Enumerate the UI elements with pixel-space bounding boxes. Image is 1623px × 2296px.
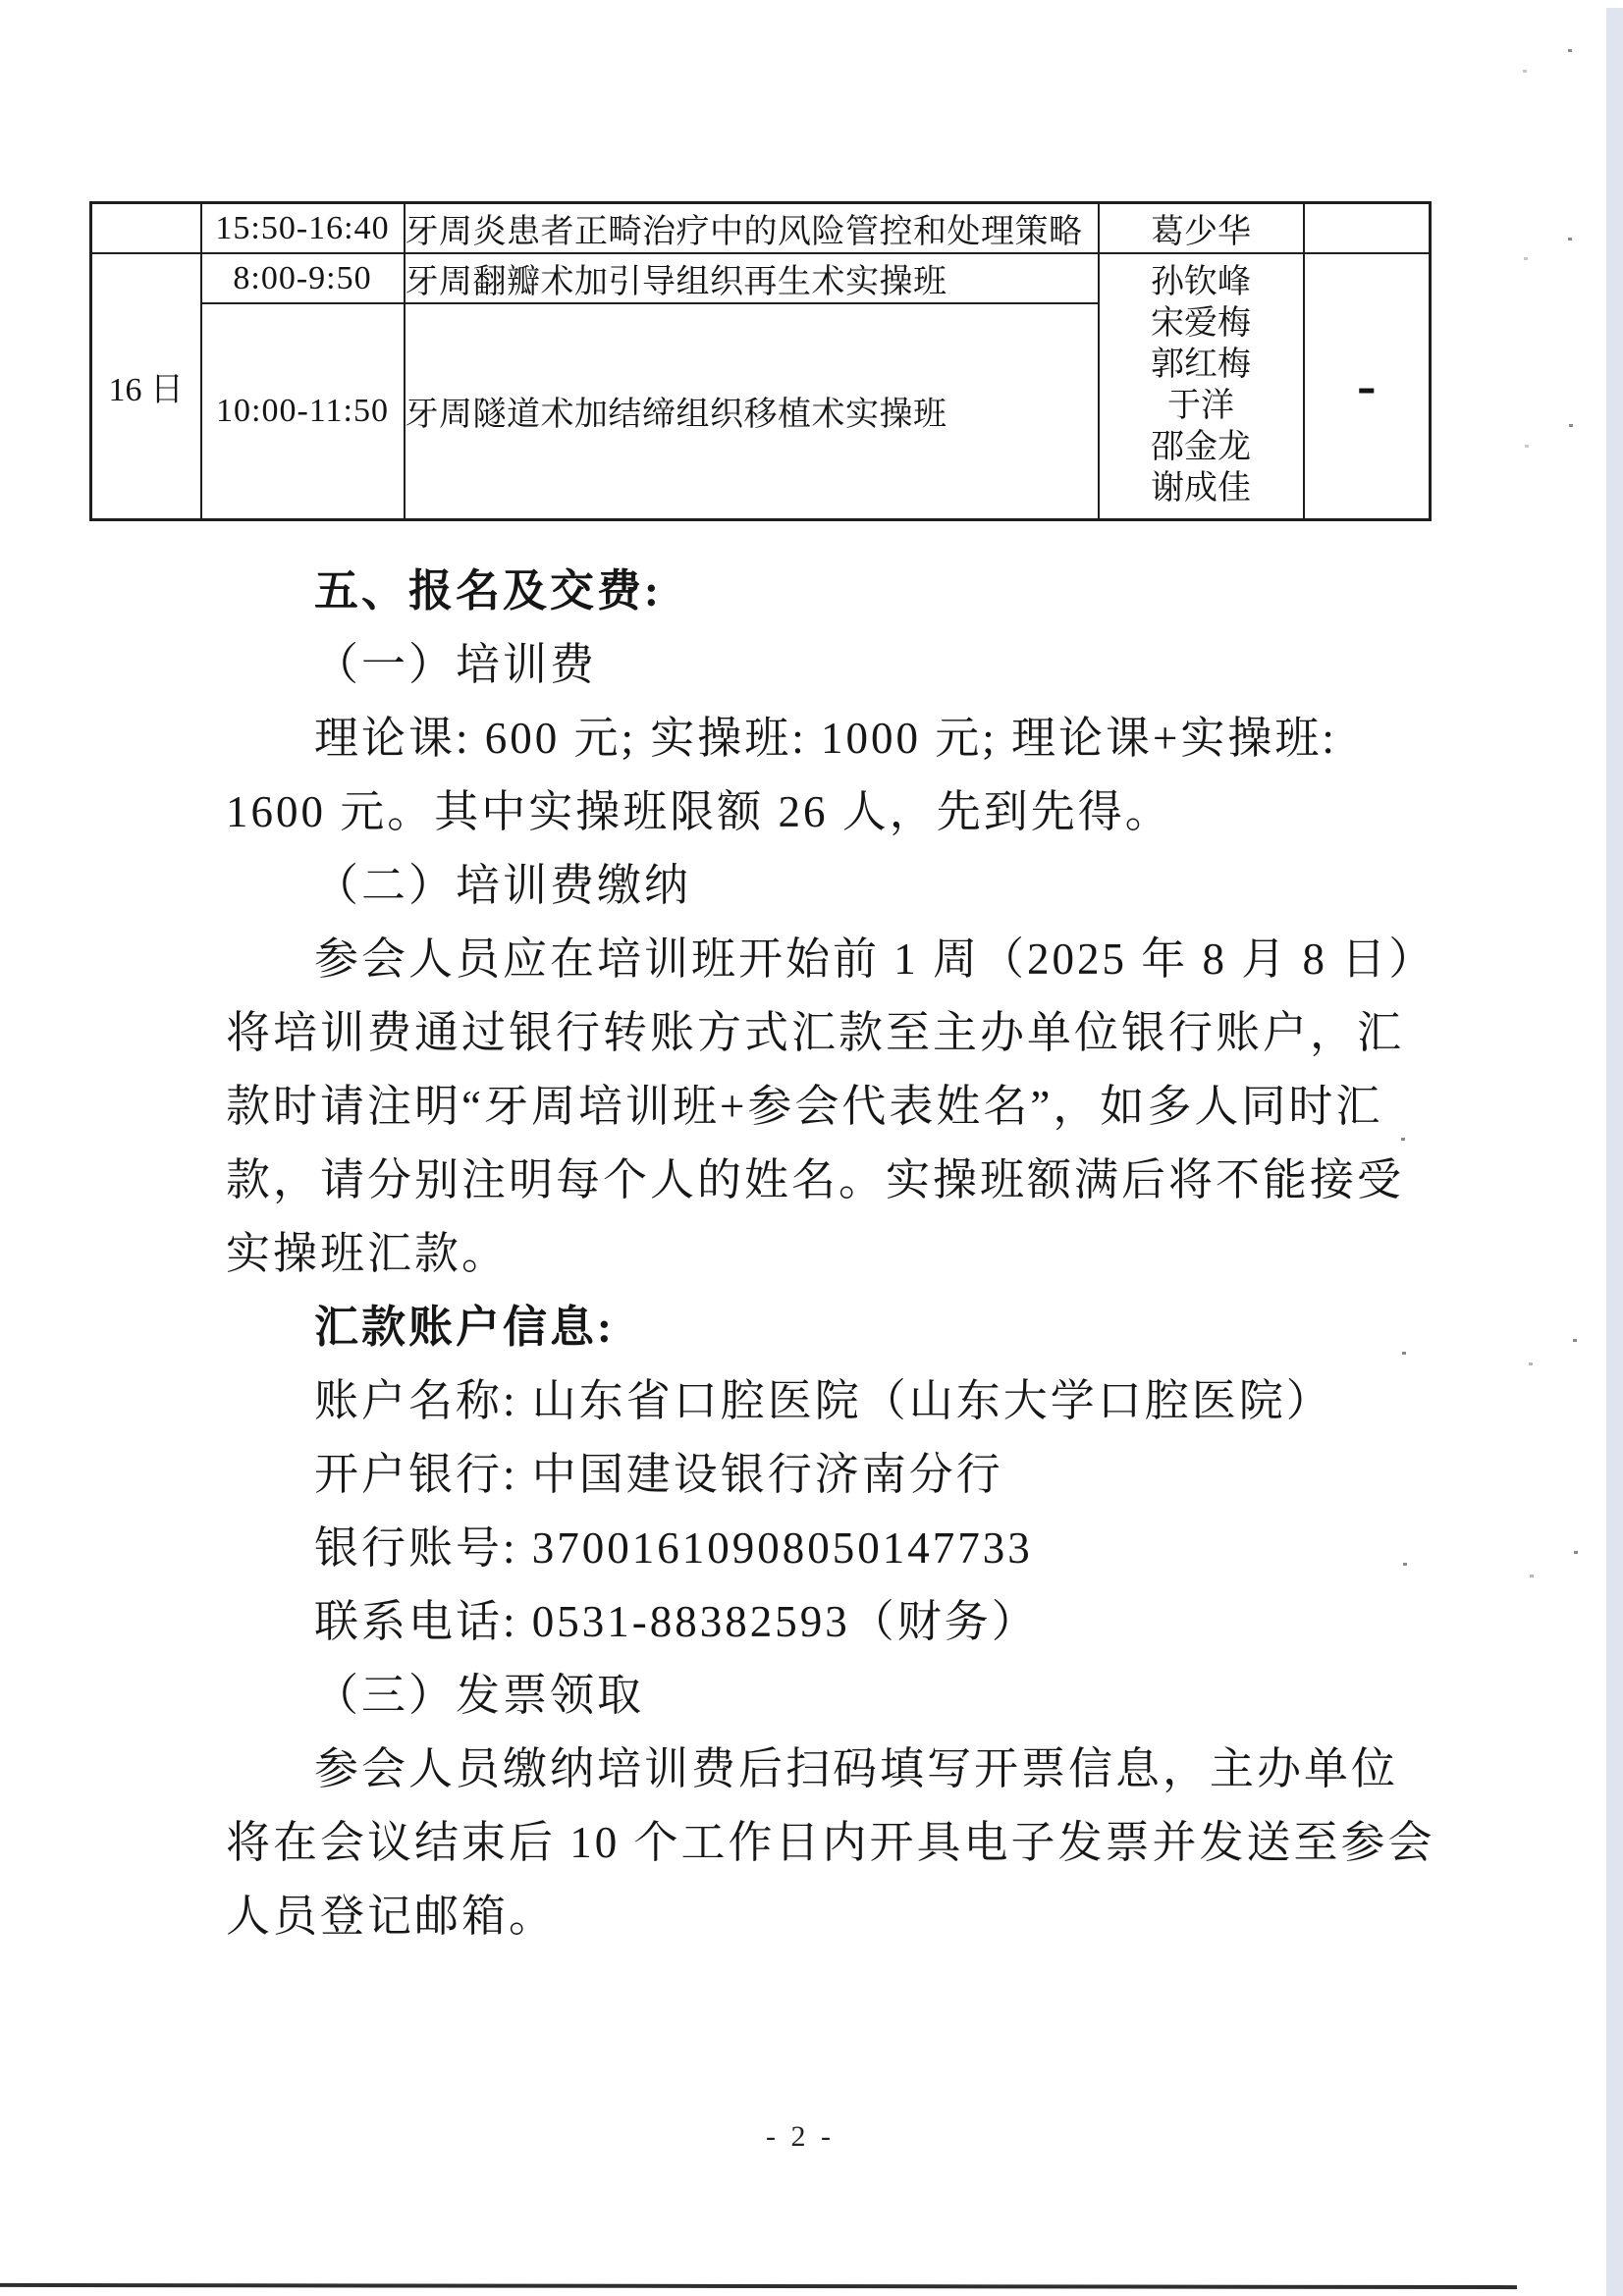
invoice-text-line-2: 将在会议结束后 10 个工作日内开具电子发票并发送至参会 [226, 1806, 1492, 1880]
document-page: 15:50-16:40 牙周炎患者正畸治疗中的风险管控和处理策略 葛少华 16 … [0, 0, 1623, 2296]
speaker-name: 宋爱梅 [1100, 303, 1303, 345]
time-cell: 10:00-11:50 [201, 303, 405, 519]
scan-speck [1568, 238, 1572, 240]
payment-text-line-5: 实操班汇款。 [226, 1217, 1492, 1291]
topic-cell: 牙周隧道术加结缔组织移植术实操班 [405, 303, 1099, 519]
speaker-cell: 葛少华 [1099, 203, 1304, 254]
remit-info-heading: 汇款账户信息: [226, 1291, 1492, 1364]
contact-phone-line: 联系电话: 0531-88382593（财务） [226, 1585, 1492, 1659]
note-cell: - [1304, 253, 1431, 519]
day-cell [91, 203, 201, 254]
note-cell [1304, 203, 1431, 254]
bank-name-line: 开户银行: 中国建设银行济南分行 [226, 1438, 1492, 1512]
speaker-name: 孙钦峰 [1100, 262, 1303, 303]
account-name-line: 账户名称: 山东省口腔医院（山东大学口腔医院） [226, 1364, 1492, 1438]
day-cell: 16 日 [91, 253, 201, 519]
body-text: 五、报名及交费: （一）培训费 理论课: 600 元; 实操班: 1000 元;… [226, 555, 1492, 1953]
item-3-heading: （三）发票领取 [226, 1659, 1492, 1733]
payment-text-line-3: 款时请注明“牙周培训班+参会代表姓名”，如多人同时汇 [226, 1070, 1492, 1144]
scan-speck [1524, 257, 1528, 260]
table-row: 15:50-16:40 牙周炎患者正畸治疗中的风险管控和处理策略 葛少华 [91, 203, 1431, 254]
speaker-name: 郭红梅 [1100, 345, 1303, 386]
speaker-name: 于洋 [1100, 386, 1303, 427]
scan-speck [1530, 1575, 1534, 1577]
topic-cell: 牙周炎患者正畸治疗中的风险管控和处理策略 [405, 203, 1099, 254]
fee-text-line-1: 理论课: 600 元; 实操班: 1000 元; 理论课+实操班: [226, 702, 1492, 775]
item-2-heading: （二）培训费缴纳 [226, 849, 1492, 923]
table-row: 16 日 8:00-9:50 牙周翻瓣术加引导组织再生术实操班 孙钦峰 宋爱梅 … [91, 253, 1431, 303]
schedule-table: 15:50-16:40 牙周炎患者正畸治疗中的风险管控和处理策略 葛少华 16 … [89, 201, 1432, 521]
page-number: - 2 - [0, 2120, 1600, 2154]
scan-speck [1523, 70, 1527, 73]
scan-speck [1569, 424, 1573, 427]
time-cell: 8:00-9:50 [201, 253, 405, 303]
scan-speck [1574, 1551, 1578, 1554]
scan-speck [1525, 445, 1529, 448]
section-5-heading: 五、报名及交费: [226, 555, 1492, 628]
scan-bottom-edge-line [0, 2283, 1517, 2289]
topic-cell: 牙周翻瓣术加引导组织再生术实操班 [405, 253, 1099, 303]
account-number-line: 银行账号: 37001610908050147733 [226, 1512, 1492, 1585]
item-1-heading: （一）培训费 [226, 628, 1492, 702]
fee-text-line-2: 1600 元。其中实操班限额 26 人，先到先得。 [226, 775, 1492, 849]
payment-text-line-4: 款，请分别注明每个人的姓名。实操班额满后将不能接受 [226, 1144, 1492, 1217]
scan-speck [1529, 1362, 1533, 1365]
invoice-text-line-1: 参会人员缴纳培训费后扫码填写开票信息，主办单位 [226, 1733, 1492, 1806]
payment-text-line-1: 参会人员应在培训班开始前 1 周（2025 年 8 月 8 日） [226, 923, 1492, 996]
scan-speck [1568, 49, 1572, 52]
speaker-name: 邵金龙 [1100, 427, 1303, 468]
time-cell: 15:50-16:40 [201, 203, 405, 254]
scan-edge-band [1606, 8, 1623, 2296]
speakers-cell: 孙钦峰 宋爱梅 郭红梅 于洋 邵金龙 谢成佳 [1099, 253, 1304, 519]
scan-speck [1573, 1339, 1577, 1342]
payment-text-line-2: 将培训费通过银行转账方式汇款至主办单位银行账户，汇 [226, 996, 1492, 1070]
invoice-text-line-3: 人员登记邮箱。 [226, 1880, 1492, 1953]
speaker-name: 谢成佳 [1100, 468, 1303, 509]
